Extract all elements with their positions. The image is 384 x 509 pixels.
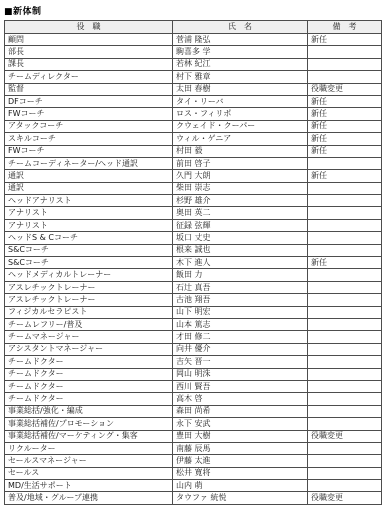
- role-cell: リクルーター: [5, 442, 173, 454]
- table-row: アタックコーチ クウェイド・クーパー 新任: [5, 120, 382, 132]
- role-cell: 事業総括補佐/マーケティング・集客: [5, 430, 173, 442]
- note-cell: [308, 480, 382, 492]
- name-cell: 吉矢 晋一: [173, 356, 308, 368]
- table-row: 監督 太田 春樹 役職変更: [5, 83, 382, 95]
- header-note: 備 考: [308, 21, 382, 34]
- table-row: フィジカルセラピスト 山下 明宏: [5, 306, 382, 318]
- role-cell: チームドクター: [5, 356, 173, 368]
- table-row: チームドクター 吉矢 晋一: [5, 356, 382, 368]
- table-row: DFコーチ タイ・リーバ 新任: [5, 95, 382, 107]
- table-row: チームドクター 西川 賢吾: [5, 380, 382, 392]
- table-row: リクルーター 南藤 辰馬: [5, 442, 382, 454]
- role-cell: フィジカルセラピスト: [5, 306, 173, 318]
- name-cell: 菅浦 隆弘: [173, 34, 308, 46]
- role-cell: S&Cコーチ: [5, 244, 173, 256]
- table-row: アナリスト 征録 弦輝: [5, 219, 382, 231]
- table-row: チームディレクター 村下 雅章: [5, 71, 382, 83]
- role-cell: アタックコーチ: [5, 120, 173, 132]
- name-cell: 伊藤 太進: [173, 455, 308, 467]
- table-row: MD/生活サポート 山内 萌: [5, 480, 382, 492]
- note-cell: [308, 157, 382, 169]
- name-cell: 村田 毅: [173, 145, 308, 157]
- role-cell: セールス: [5, 467, 173, 479]
- staff-table: 役 職 氏 名 備 考 顧問 菅浦 隆弘 新任 部長 駒喜多 学 課長 若林 紀…: [4, 20, 382, 505]
- note-cell: [308, 294, 382, 306]
- role-cell: チームドクター: [5, 368, 173, 380]
- note-cell: [308, 356, 382, 368]
- role-cell: アナリスト: [5, 207, 173, 219]
- table-row: チームコーディネーター/ヘッド通訳 前田 啓子: [5, 157, 382, 169]
- role-cell: 通訳: [5, 170, 173, 182]
- note-cell: [308, 343, 382, 355]
- note-cell: [308, 244, 382, 256]
- table-row: 事業総括/強化・編成 森田 尚希: [5, 405, 382, 417]
- role-cell: FWコーチ: [5, 108, 173, 120]
- name-cell: 森田 尚希: [173, 405, 308, 417]
- page-title: ■新体制: [0, 0, 384, 20]
- role-cell: チームドクター: [5, 393, 173, 405]
- name-cell: 西川 賢吾: [173, 380, 308, 392]
- name-cell: 豊田 大樹: [173, 430, 308, 442]
- name-cell: 石辻 真吾: [173, 281, 308, 293]
- role-cell: DFコーチ: [5, 95, 173, 107]
- role-cell: 事業総括/強化・編成: [5, 405, 173, 417]
- name-cell: 駒喜多 学: [173, 46, 308, 58]
- note-cell: 新任: [308, 133, 382, 145]
- table-row: 顧問 菅浦 隆弘 新任: [5, 34, 382, 46]
- role-cell: スキルコーチ: [5, 133, 173, 145]
- name-cell: ウィル・ゲニア: [173, 133, 308, 145]
- name-cell: 木下 進人: [173, 257, 308, 269]
- name-cell: 永下 安武: [173, 418, 308, 430]
- role-cell: S&Cコーチ: [5, 257, 173, 269]
- role-cell: チームマネージャー: [5, 331, 173, 343]
- note-cell: 新任: [308, 34, 382, 46]
- table-row: チームドクター 岡山 明洙: [5, 368, 382, 380]
- note-cell: [308, 219, 382, 231]
- role-cell: 顧問: [5, 34, 173, 46]
- name-cell: 古池 翔吾: [173, 294, 308, 306]
- note-cell: 新任: [308, 120, 382, 132]
- name-cell: 高木 啓: [173, 393, 308, 405]
- role-cell: セールスマネージャー: [5, 455, 173, 467]
- name-cell: 征録 弦輝: [173, 219, 308, 231]
- table-body: 顧問 菅浦 隆弘 新任 部長 駒喜多 学 課長 若林 紀江 チームディレクター …: [5, 34, 382, 505]
- name-cell: 才田 修二: [173, 331, 308, 343]
- name-cell: ロス・フィリポ: [173, 108, 308, 120]
- table-row: 課長 若林 紀江: [5, 58, 382, 70]
- table-row: チームマネージャー 才田 修二: [5, 331, 382, 343]
- note-cell: [308, 306, 382, 318]
- role-cell: アスレチックトレーナー: [5, 294, 173, 306]
- table-row: FWコーチ 村田 毅 新任: [5, 145, 382, 157]
- table-row: 通訳 久門 大朗 新任: [5, 170, 382, 182]
- table-row: ヘッドアナリスト 杉野 雄介: [5, 195, 382, 207]
- role-cell: チームコーディネーター/ヘッド通訳: [5, 157, 173, 169]
- table-row: セールス 松井 寛将: [5, 467, 382, 479]
- note-cell: [308, 331, 382, 343]
- note-cell: [308, 318, 382, 330]
- table-row: ヘッドS & Cコーチ 坂口 丈史: [5, 232, 382, 244]
- note-cell: 役職変更: [308, 492, 382, 504]
- note-cell: 新任: [308, 170, 382, 182]
- role-cell: 事業総括補佐/プロモーション: [5, 418, 173, 430]
- name-cell: 若林 紀江: [173, 58, 308, 70]
- table-row: アスレチックトレーナー 石辻 真吾: [5, 281, 382, 293]
- table-row: チームドクター 高木 啓: [5, 393, 382, 405]
- note-cell: [308, 405, 382, 417]
- role-cell: アナリスト: [5, 219, 173, 231]
- role-cell: ヘッドメディカルトレーナー: [5, 269, 173, 281]
- table-row: 普及/地域・グループ連携 タウファ 統悦 役職変更: [5, 492, 382, 504]
- note-cell: [308, 368, 382, 380]
- note-cell: [308, 393, 382, 405]
- role-cell: 監督: [5, 83, 173, 95]
- header-name: 氏 名: [173, 21, 308, 34]
- note-cell: 新任: [308, 108, 382, 120]
- name-cell: 南藤 辰馬: [173, 442, 308, 454]
- note-cell: [308, 46, 382, 58]
- name-cell: 坂口 丈史: [173, 232, 308, 244]
- note-cell: [308, 380, 382, 392]
- table-row: ヘッドメディカルトレーナー 飯田 力: [5, 269, 382, 281]
- role-cell: 通訳: [5, 182, 173, 194]
- table-row: アナリスト 奥田 英二: [5, 207, 382, 219]
- table-header: 役 職 氏 名 備 考: [5, 21, 382, 34]
- table-row: S&Cコーチ 根来 誠也: [5, 244, 382, 256]
- note-cell: [308, 269, 382, 281]
- table-row: 通訳 柴田 崇志: [5, 182, 382, 194]
- note-cell: [308, 232, 382, 244]
- name-cell: 柴田 崇志: [173, 182, 308, 194]
- role-cell: 課長: [5, 58, 173, 70]
- name-cell: 久門 大朗: [173, 170, 308, 182]
- note-cell: [308, 58, 382, 70]
- name-cell: 杉野 雄介: [173, 195, 308, 207]
- note-cell: [308, 442, 382, 454]
- table-row: 事業総括補佐/マーケティング・集客 豊田 大樹 役職変更: [5, 430, 382, 442]
- name-cell: 山本 篤志: [173, 318, 308, 330]
- name-cell: 飯田 力: [173, 269, 308, 281]
- name-cell: 向井 優介: [173, 343, 308, 355]
- name-cell: タウファ 統悦: [173, 492, 308, 504]
- role-cell: 部長: [5, 46, 173, 58]
- note-cell: [308, 207, 382, 219]
- table-row: アシスタントマネージャー 向井 優介: [5, 343, 382, 355]
- name-cell: クウェイド・クーパー: [173, 120, 308, 132]
- name-cell: 岡山 明洙: [173, 368, 308, 380]
- note-cell: [308, 182, 382, 194]
- table-row: 部長 駒喜多 学: [5, 46, 382, 58]
- name-cell: 山下 明宏: [173, 306, 308, 318]
- note-cell: 新任: [308, 257, 382, 269]
- header-row: 役 職 氏 名 備 考: [5, 21, 382, 34]
- name-cell: 前田 啓子: [173, 157, 308, 169]
- role-cell: ヘッドS & Cコーチ: [5, 232, 173, 244]
- table-row: チームレフリー/普及 山本 篤志: [5, 318, 382, 330]
- table-row: スキルコーチ ウィル・ゲニア 新任: [5, 133, 382, 145]
- note-cell: 役職変更: [308, 430, 382, 442]
- note-cell: [308, 455, 382, 467]
- table-row: アスレチックトレーナー 古池 翔吾: [5, 294, 382, 306]
- name-cell: 太田 春樹: [173, 83, 308, 95]
- header-role: 役 職: [5, 21, 173, 34]
- name-cell: 村下 雅章: [173, 71, 308, 83]
- name-cell: 奥田 英二: [173, 207, 308, 219]
- role-cell: 普及/地域・グループ連携: [5, 492, 173, 504]
- role-cell: アシスタントマネージャー: [5, 343, 173, 355]
- document-page: ■新体制 役 職 氏 名 備 考 顧問 菅浦 隆弘 新任 部長 駒喜多 学 課長…: [0, 0, 384, 509]
- note-cell: [308, 418, 382, 430]
- role-cell: アスレチックトレーナー: [5, 281, 173, 293]
- note-cell: [308, 467, 382, 479]
- name-cell: タイ・リーバ: [173, 95, 308, 107]
- name-cell: 根来 誠也: [173, 244, 308, 256]
- role-cell: チームドクター: [5, 380, 173, 392]
- note-cell: [308, 281, 382, 293]
- note-cell: 役職変更: [308, 83, 382, 95]
- note-cell: 新任: [308, 145, 382, 157]
- role-cell: MD/生活サポート: [5, 480, 173, 492]
- name-cell: 松井 寛将: [173, 467, 308, 479]
- role-cell: FWコーチ: [5, 145, 173, 157]
- table-row: S&Cコーチ 木下 進人 新任: [5, 257, 382, 269]
- note-cell: [308, 195, 382, 207]
- table-row: 事業総括補佐/プロモーション 永下 安武: [5, 418, 382, 430]
- table-row: FWコーチ ロス・フィリポ 新任: [5, 108, 382, 120]
- role-cell: チームディレクター: [5, 71, 173, 83]
- note-cell: 新任: [308, 95, 382, 107]
- table-row: セールスマネージャー 伊藤 太進: [5, 455, 382, 467]
- note-cell: [308, 71, 382, 83]
- name-cell: 山内 萌: [173, 480, 308, 492]
- role-cell: ヘッドアナリスト: [5, 195, 173, 207]
- role-cell: チームレフリー/普及: [5, 318, 173, 330]
